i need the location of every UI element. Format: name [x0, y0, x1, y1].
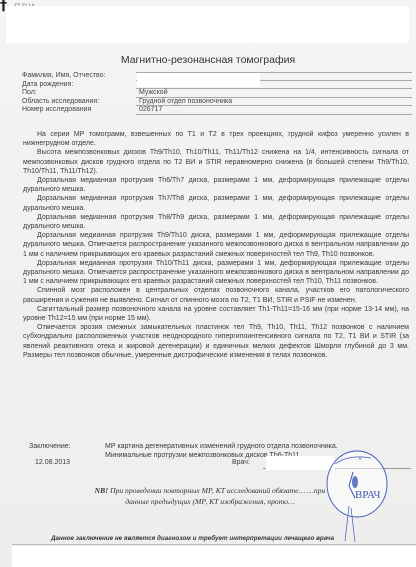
info-label: Область исследования: — [22, 98, 136, 107]
redacted-bottom-block — [12, 546, 416, 567]
redacted-doctor-name — [266, 456, 334, 470]
info-label: Фамилия, Имя, Отчество: — [22, 72, 136, 81]
mri-report-page: † ПРИ ... Магнитно-резонансная томографи… — [0, 0, 416, 567]
redacted-patient-name — [137, 73, 260, 87]
info-value: 026717 — [136, 106, 412, 115]
document-title: Магнитно-резонансная томография — [0, 54, 416, 66]
findings-paragraph: Отмечается эрозия смежных замыкательных … — [23, 323, 409, 360]
info-row-region: Область исследования: Грудной отдел позв… — [22, 98, 412, 107]
nb-label: NB! — [95, 486, 109, 495]
findings-paragraph: Дорзальная медианная протрузия Th6/Th7 д… — [23, 176, 409, 194]
nb-notice: NB! При проведении повторных МР, КТ иссл… — [30, 485, 390, 507]
info-row-sex: Пол: Мужской — [22, 89, 412, 98]
svg-text:н: н — [359, 457, 362, 462]
findings-paragraph: Дорзальная медианная протрузия Th7/Th8 д… — [23, 194, 409, 212]
doctor-label: Врач: — [232, 459, 250, 466]
nb-line-1: NB! При проведении повторных МР, КТ иссл… — [30, 485, 390, 496]
findings-paragraph: На серии МР томограмм, взвешенных по Т1 … — [23, 130, 409, 148]
conclusion-label: Заключение: — [29, 442, 105, 460]
report-date: 12.08.2013 — [35, 459, 70, 466]
info-label: Пол: — [22, 89, 136, 98]
findings-paragraph: Высота межпозвонковых дисков Th9/Th10, T… — [23, 148, 409, 176]
findings-paragraph: Спинной мозг расположен в центральных от… — [23, 286, 409, 304]
findings-section: На серии МР томограмм, взвешенных по Т1 … — [23, 130, 409, 360]
info-label: Номер исследования — [22, 106, 136, 115]
info-value: Мужской — [136, 89, 412, 98]
footer-divider — [12, 544, 416, 545]
info-label: Дата рождения: — [22, 81, 136, 90]
redacted-header-block — [6, 6, 409, 43]
conclusion-line: МР картина дегенеративных изменений груд… — [105, 442, 338, 451]
findings-paragraph: Дорзальная медианная протрузия Th9/Th10 … — [23, 231, 409, 259]
findings-paragraph: Дорзальная медианная протрузия Th8/Th9 д… — [23, 213, 409, 231]
findings-paragraph: Дорзальная медианная протрузия Th10/Th11… — [23, 259, 409, 287]
info-row-study-number: Номер исследования 026717 — [22, 106, 412, 115]
nb-line-2: данные предыдущих (МР, КТ изображения, п… — [30, 496, 390, 507]
nb-text: При проведении повторных МР, КТ исследов… — [108, 486, 325, 495]
disclaimer-footer: Данное заключение не является диагнозом … — [51, 535, 334, 542]
findings-paragraph: Сагиттальный размер позвоночного канала … — [23, 305, 409, 323]
info-value: Грудной отдел позвоночника — [136, 98, 412, 107]
